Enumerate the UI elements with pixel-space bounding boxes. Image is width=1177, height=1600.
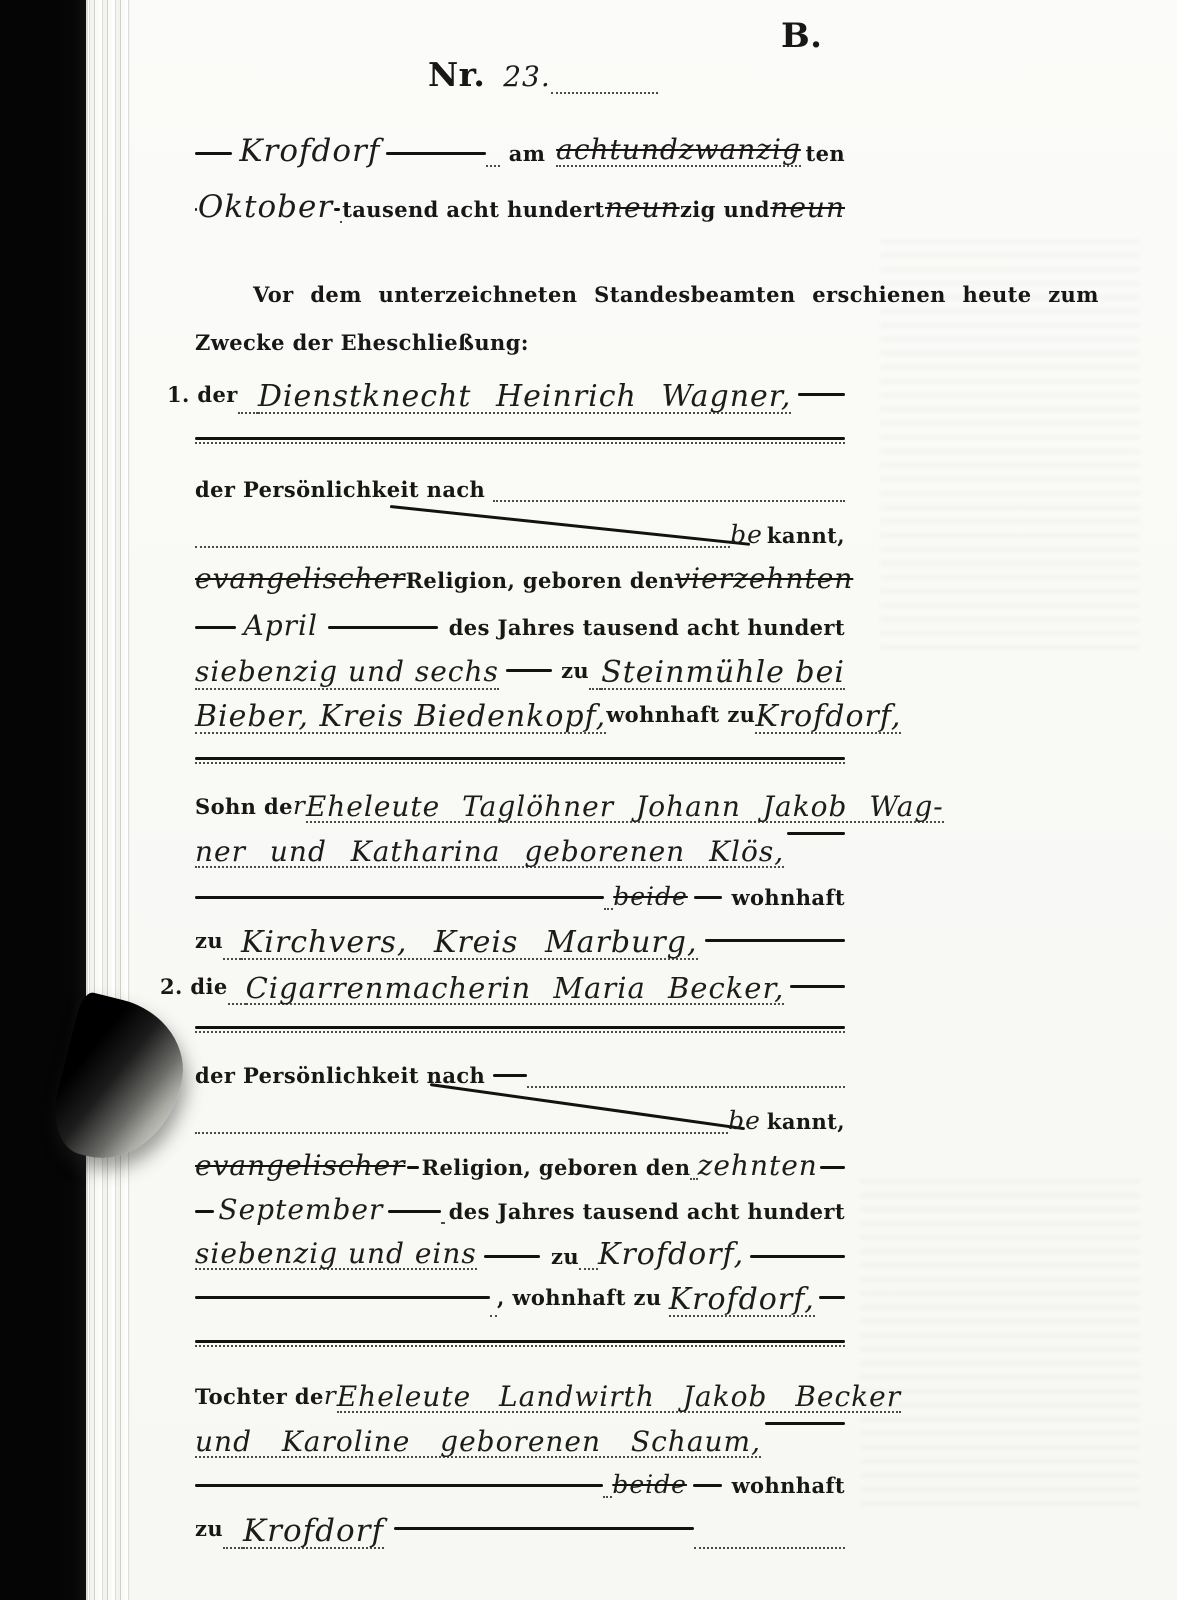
groom-beide-value: beide — [613, 884, 688, 909]
century-label: tausend acht hundert — [342, 197, 604, 222]
dotted-line — [579, 1240, 598, 1270]
clerk-rule-line — [195, 757, 845, 760]
dotted-line — [228, 974, 246, 1005]
clerk-rule — [195, 896, 604, 899]
groom-parents-line2: ner und Katharina geborenen Klös, — [195, 838, 784, 868]
bride-wohnhaft-label: wohnhaft — [732, 1473, 845, 1498]
clerk-dash — [820, 1166, 845, 1169]
clerk-dash — [328, 626, 438, 629]
groom-wohnhaft-label: wohnhaft — [732, 885, 845, 910]
sohn-label: Sohn de — [195, 794, 293, 819]
bride-parents-row-2: und Karoline geborenen Schaum, — [195, 1428, 845, 1458]
decade-value: neun — [605, 194, 680, 222]
groom-birthday-value: vierzehnten — [674, 565, 853, 593]
groom-index-label: 1. der — [167, 382, 238, 407]
groom-religion-row: evangelischer Religion, geboren den vier… — [195, 565, 845, 593]
groom-parents-line1: Eheleute Taglöhner Johann Jakob Wag- — [306, 793, 944, 823]
bride-be-value: be — [728, 1108, 761, 1133]
clerk-rule — [195, 1296, 490, 1299]
groom-parents-residence-row: zu Kirchvers, Kreis Marburg, — [195, 928, 845, 960]
bride-parents-residence: Krofdorf — [243, 1516, 384, 1549]
clerk-rule-line — [195, 1026, 845, 1029]
bride-parents-residence-row: zu Krofdorf — [195, 1516, 845, 1549]
scanned-marriage-record: { "page": { "corner_label": "B.", "recor… — [0, 0, 1177, 1600]
bride-birthyear-value: siebenzig und eins — [195, 1240, 477, 1270]
groom-birthplace-cont-value: Bieber, Kreis Biedenkopf, — [195, 702, 606, 734]
record-number-row: Nr. 23. — [428, 55, 658, 94]
intro-text-2: Zwecke der Eheschließung: — [195, 330, 529, 355]
groom-residence-value: Krofdorf, — [755, 702, 901, 734]
dotted-line — [589, 658, 601, 690]
dotted-line — [223, 1516, 243, 1549]
bride-beide-value: beide — [612, 1472, 687, 1497]
clerk-rule-line — [195, 437, 845, 440]
clerk-dash — [750, 1255, 845, 1258]
clerk-dash — [765, 1422, 845, 1425]
bride-birthmonth-value: September — [218, 1196, 383, 1224]
religion-label: Religion, geboren den — [406, 568, 675, 593]
am-label: am — [509, 141, 546, 166]
bride-kannt-label: kannt, — [767, 1109, 845, 1134]
clerk-dash — [407, 1166, 419, 1169]
clerk-rule-line — [195, 1340, 845, 1343]
dotted-line — [490, 1285, 497, 1317]
ten-suffix-label: ten — [805, 141, 845, 166]
clerk-dash — [386, 152, 485, 155]
groom-parents-row-1: Sohn de r Eheleute Taglöhner Johann Jako… — [195, 793, 845, 823]
form-corner-label: B. — [781, 16, 822, 56]
dotted-line — [195, 1108, 728, 1134]
sohn-suffix-value: r — [293, 793, 306, 818]
groom-religion-value: evangelischer — [195, 565, 406, 593]
kannt-label: kannt, — [767, 523, 845, 548]
clerk-dash — [195, 626, 236, 629]
dateline-place-row: Krofdorf am achtundzwanzig ten — [195, 136, 845, 167]
bride-jahr-label: des Jahres tausend acht hundert — [449, 1199, 845, 1224]
dotted-line — [604, 884, 614, 910]
bride-birthyear-row: siebenzig und eins zu Krofdorf, — [195, 1240, 845, 1270]
bride-bekannt-row: be kannt, — [195, 1108, 845, 1134]
document-page: B. Nr. 23. Krofdorf am achtundzwanzig te… — [0, 0, 1177, 1600]
bride-zu-label: zu — [551, 1244, 579, 1269]
clerk-dash — [693, 1484, 722, 1487]
bride-religion-row: evangelischer Religion, geboren den zehn… — [195, 1152, 845, 1180]
bride-birthmonth-row: September des Jahres tausend acht hunder… — [195, 1196, 845, 1224]
groom-birthmonth-row: April des Jahres tausend acht hundert — [195, 612, 845, 640]
record-no-value: 23. — [503, 63, 551, 91]
clerk-dash — [787, 832, 845, 835]
tochter-label: Tochter de — [195, 1384, 324, 1409]
bride-name-value: Cigarrenmacherin Maria Becker, — [246, 974, 785, 1005]
wohnhaft-zu-label: wohnhaft zu — [606, 702, 755, 727]
dotted-line — [603, 1472, 613, 1498]
bride-residence-row: , wohnhaft zu Krofdorf, — [195, 1285, 845, 1317]
be-value: be — [730, 522, 763, 547]
dotted-line — [486, 136, 500, 167]
intro-line-1: Vor dem unterzeichneten Standesbeamten e… — [253, 282, 1099, 307]
clerk-dash — [705, 939, 845, 942]
tochter-suffix-value: r — [324, 1383, 337, 1408]
bride-identity-row: der Persönlichkeit nach — [195, 1063, 845, 1088]
bride-beide-row: beide wohnhaft — [195, 1472, 845, 1498]
dotted-line — [441, 1196, 445, 1224]
groom-birthyear-row: siebenzig und sechs zu Steinmühle bei — [195, 658, 845, 690]
bride-birthplace-value: Krofdorf, — [598, 1240, 744, 1270]
groom-jahr-label: des Jahres tausend acht hundert — [449, 615, 845, 640]
record-no-label: Nr. — [428, 55, 485, 94]
dateline-year-row: Oktober tausend acht hundert neun zig un… — [195, 192, 845, 223]
groom-beide-row: beide wohnhaft — [195, 884, 845, 910]
bride-wohnhaft-zu-label: , wohnhaft zu — [497, 1285, 662, 1310]
bride-parents-line1: Eheleute Landwirth Jakob Becker — [337, 1383, 901, 1413]
groom-birthmonth-value: April — [243, 612, 317, 640]
page-edge-texture — [86, 0, 130, 1600]
clerk-dash — [195, 1210, 214, 1213]
clerk-dash — [195, 152, 232, 155]
clerk-dash — [790, 985, 845, 988]
book-binding-edge — [0, 0, 88, 1600]
place-value: Krofdorf — [239, 136, 380, 167]
clerk-dash — [694, 896, 723, 899]
bride-zu2-label: zu — [195, 1516, 223, 1541]
intro-line-2: Zwecke der Eheschließung: — [195, 330, 529, 355]
groom-zu-label: zu — [561, 658, 589, 683]
clerk-dash — [388, 1210, 440, 1213]
groom-birthplace-value: Steinmühle bei — [601, 658, 845, 690]
clerk-dash — [493, 1074, 527, 1077]
groom-zu2-label: zu — [195, 928, 223, 953]
dotted-line — [690, 1152, 697, 1180]
bride-parents-line2: und Karoline geborenen Schaum, — [195, 1428, 761, 1458]
bride-birthday-value: zehnten — [698, 1152, 818, 1180]
dotted-line — [694, 1516, 845, 1549]
dotted-line — [223, 928, 241, 960]
clerk-dash — [819, 1296, 845, 1299]
intro-text-1: Vor dem unterzeichneten Standesbeamten e… — [253, 282, 1099, 307]
clerk-dash — [798, 393, 845, 396]
clerk-dash — [334, 208, 341, 211]
month-value: Oktober — [198, 192, 333, 223]
unit-value: neun — [770, 194, 845, 222]
groom-identity-row: der Persönlichkeit nach — [195, 477, 845, 502]
groom-birthyear-value: siebenzig und sechs — [195, 658, 499, 690]
dotted-line — [493, 477, 845, 502]
bride-religion-label: Religion, geboren den — [422, 1155, 691, 1180]
groom-bekannt-row: be kannt, — [195, 522, 845, 548]
dotted-line — [551, 55, 658, 94]
zig-und-label: zig und — [680, 197, 770, 222]
corner-letter: B. — [781, 16, 822, 56]
clerk-dash — [484, 1255, 539, 1258]
clerk-dash — [394, 1527, 694, 1530]
identity-label: der Persönlichkeit nach — [195, 477, 485, 502]
clerk-dash — [506, 669, 553, 672]
groom-name-row: 1. der Dienstknecht Heinrich Wagner, — [167, 382, 845, 414]
groom-birthplace2-row: Bieber, Kreis Biedenkopf, wohnhaft zu Kr… — [195, 702, 845, 734]
bride-parents-row-1: Tochter de r Eheleute Landwirth Jakob Be… — [195, 1383, 845, 1413]
bride-index-label: 2. die — [160, 974, 228, 999]
groom-parents-residence: Kirchvers, Kreis Marburg, — [241, 928, 698, 960]
dotted-line — [238, 382, 258, 414]
groom-parents-row-2: ner und Katharina geborenen Klös, — [195, 838, 845, 868]
bride-religion-value: evangelischer — [195, 1152, 406, 1180]
dotted-line — [527, 1063, 845, 1088]
bride-residence-value: Krofdorf, — [669, 1285, 815, 1317]
bride-name-row: 2. die Cigarrenmacherin Maria Becker, — [160, 974, 845, 1005]
groom-name-value: Dienstknecht Heinrich Wagner, — [258, 382, 792, 414]
clerk-rule — [195, 1484, 603, 1487]
ink-bleedthrough — [860, 1180, 1140, 1510]
day-value: achtundzwanzig — [556, 136, 801, 167]
dotted-line — [195, 522, 730, 548]
